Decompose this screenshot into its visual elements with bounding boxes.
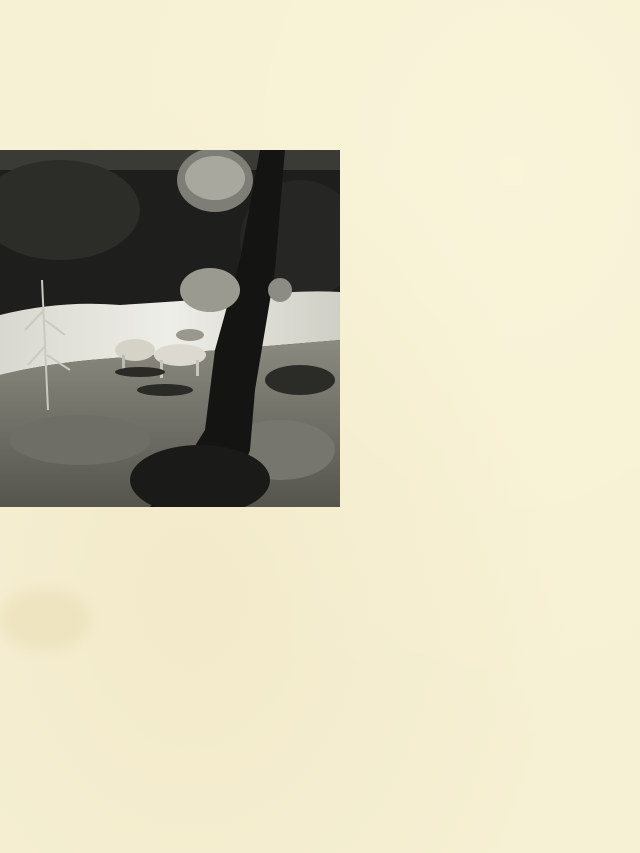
- photograph: [0, 150, 340, 507]
- page: [0, 0, 640, 853]
- paper-stain: [0, 590, 90, 650]
